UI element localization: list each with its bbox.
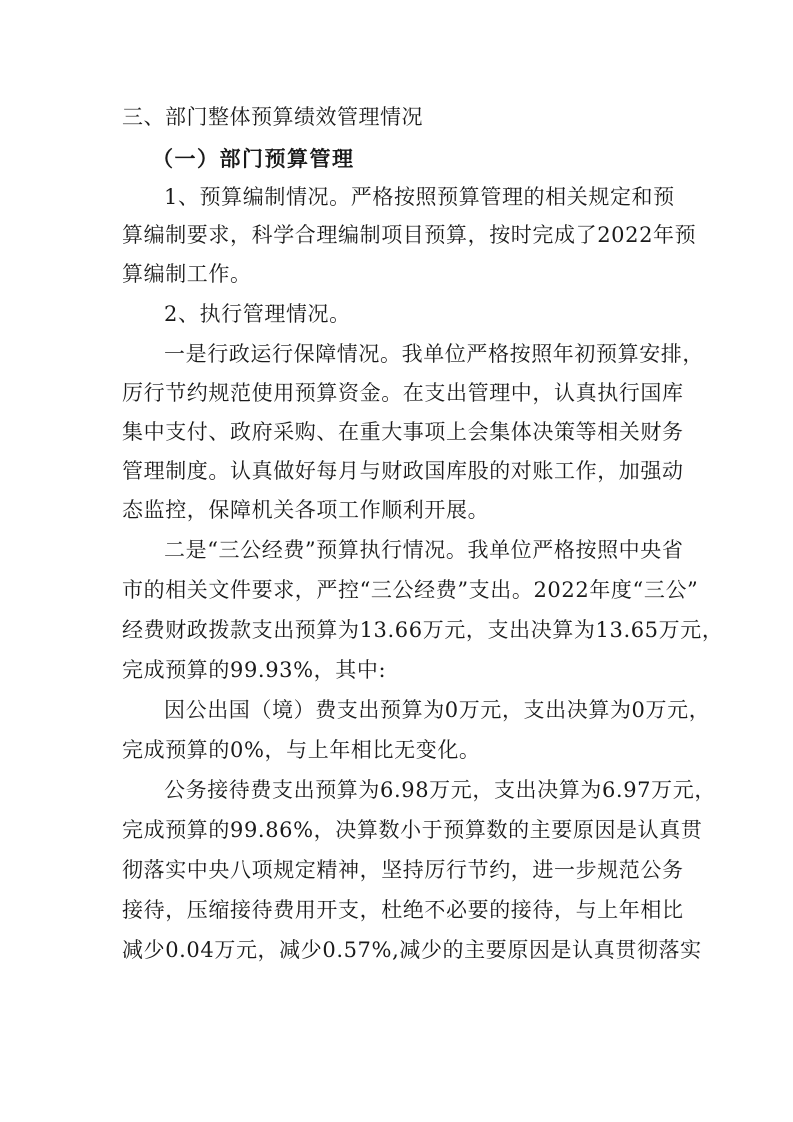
paragraph-line: 因公出国（境）费支出预算为0万元，支出决算为0万元， bbox=[164, 697, 674, 723]
document-page: 三、部门整体预算绩效管理情况 （一）部门预算管理 1、预算编制情况。严格按照预算… bbox=[0, 0, 793, 1122]
paragraph-line: 态监控，保障机关各项工作顺利开展。 bbox=[122, 497, 674, 523]
paragraph-line: 厉行节约规范使用预算资金。在支出管理中，认真执行国库 bbox=[122, 380, 674, 406]
paragraph-line: 完成预算的99.93%，其中: bbox=[122, 657, 674, 683]
paragraph-line: 完成预算的99.86%，决算数小于预算数的主要原因是认真贯 bbox=[122, 817, 674, 843]
paragraph-line: 公务接待费支出预算为6.98万元，支出决算为6.97万元， bbox=[164, 777, 674, 803]
paragraph-line: 市的相关文件要求，严控“三公经费”支出。2022年度“三公” bbox=[122, 577, 674, 603]
paragraph-line: 集中支付、政府采购、在重大事项上会集体决策等相关财务 bbox=[122, 419, 674, 445]
paragraph-line: 2、执行管理情况。 bbox=[164, 301, 674, 327]
paragraph-line: 彻落实中央八项规定精神，坚持厉行节约，进一步规范公务 bbox=[122, 857, 674, 883]
paragraph-line: 一是行政运行保障情况。我单位严格按照年初预算安排， bbox=[164, 341, 674, 367]
paragraph-line: 1、预算编制情况。严格按照预算管理的相关规定和预 bbox=[164, 184, 674, 210]
section-heading: 三、部门整体预算绩效管理情况 bbox=[122, 104, 674, 130]
paragraph-line: 二是“三公经费”预算执行情况。我单位严格按照中央省 bbox=[164, 537, 674, 563]
paragraph-line: 接待，压缩接待费用开支，杜绝不必要的接待，与上年相比 bbox=[122, 897, 674, 923]
subsection-heading: （一）部门预算管理 bbox=[152, 146, 704, 172]
paragraph-line: 经费财政拨款支出预算为13.66万元，支出决算为13.65万元， bbox=[122, 617, 674, 643]
paragraph-line: 减少0.04万元，减少0.57%,减少的主要原因是认真贯彻落实 bbox=[122, 937, 674, 963]
paragraph-line: 管理制度。认真做好每月与财政国库股的对账工作，加强动 bbox=[122, 458, 674, 484]
paragraph-line: 算编制工作。 bbox=[122, 261, 674, 287]
paragraph-line: 完成预算的0%，与上年相比无变化。 bbox=[122, 737, 674, 763]
paragraph-line: 算编制要求，科学合理编制项目预算，按时完成了2022年预 bbox=[122, 222, 674, 248]
